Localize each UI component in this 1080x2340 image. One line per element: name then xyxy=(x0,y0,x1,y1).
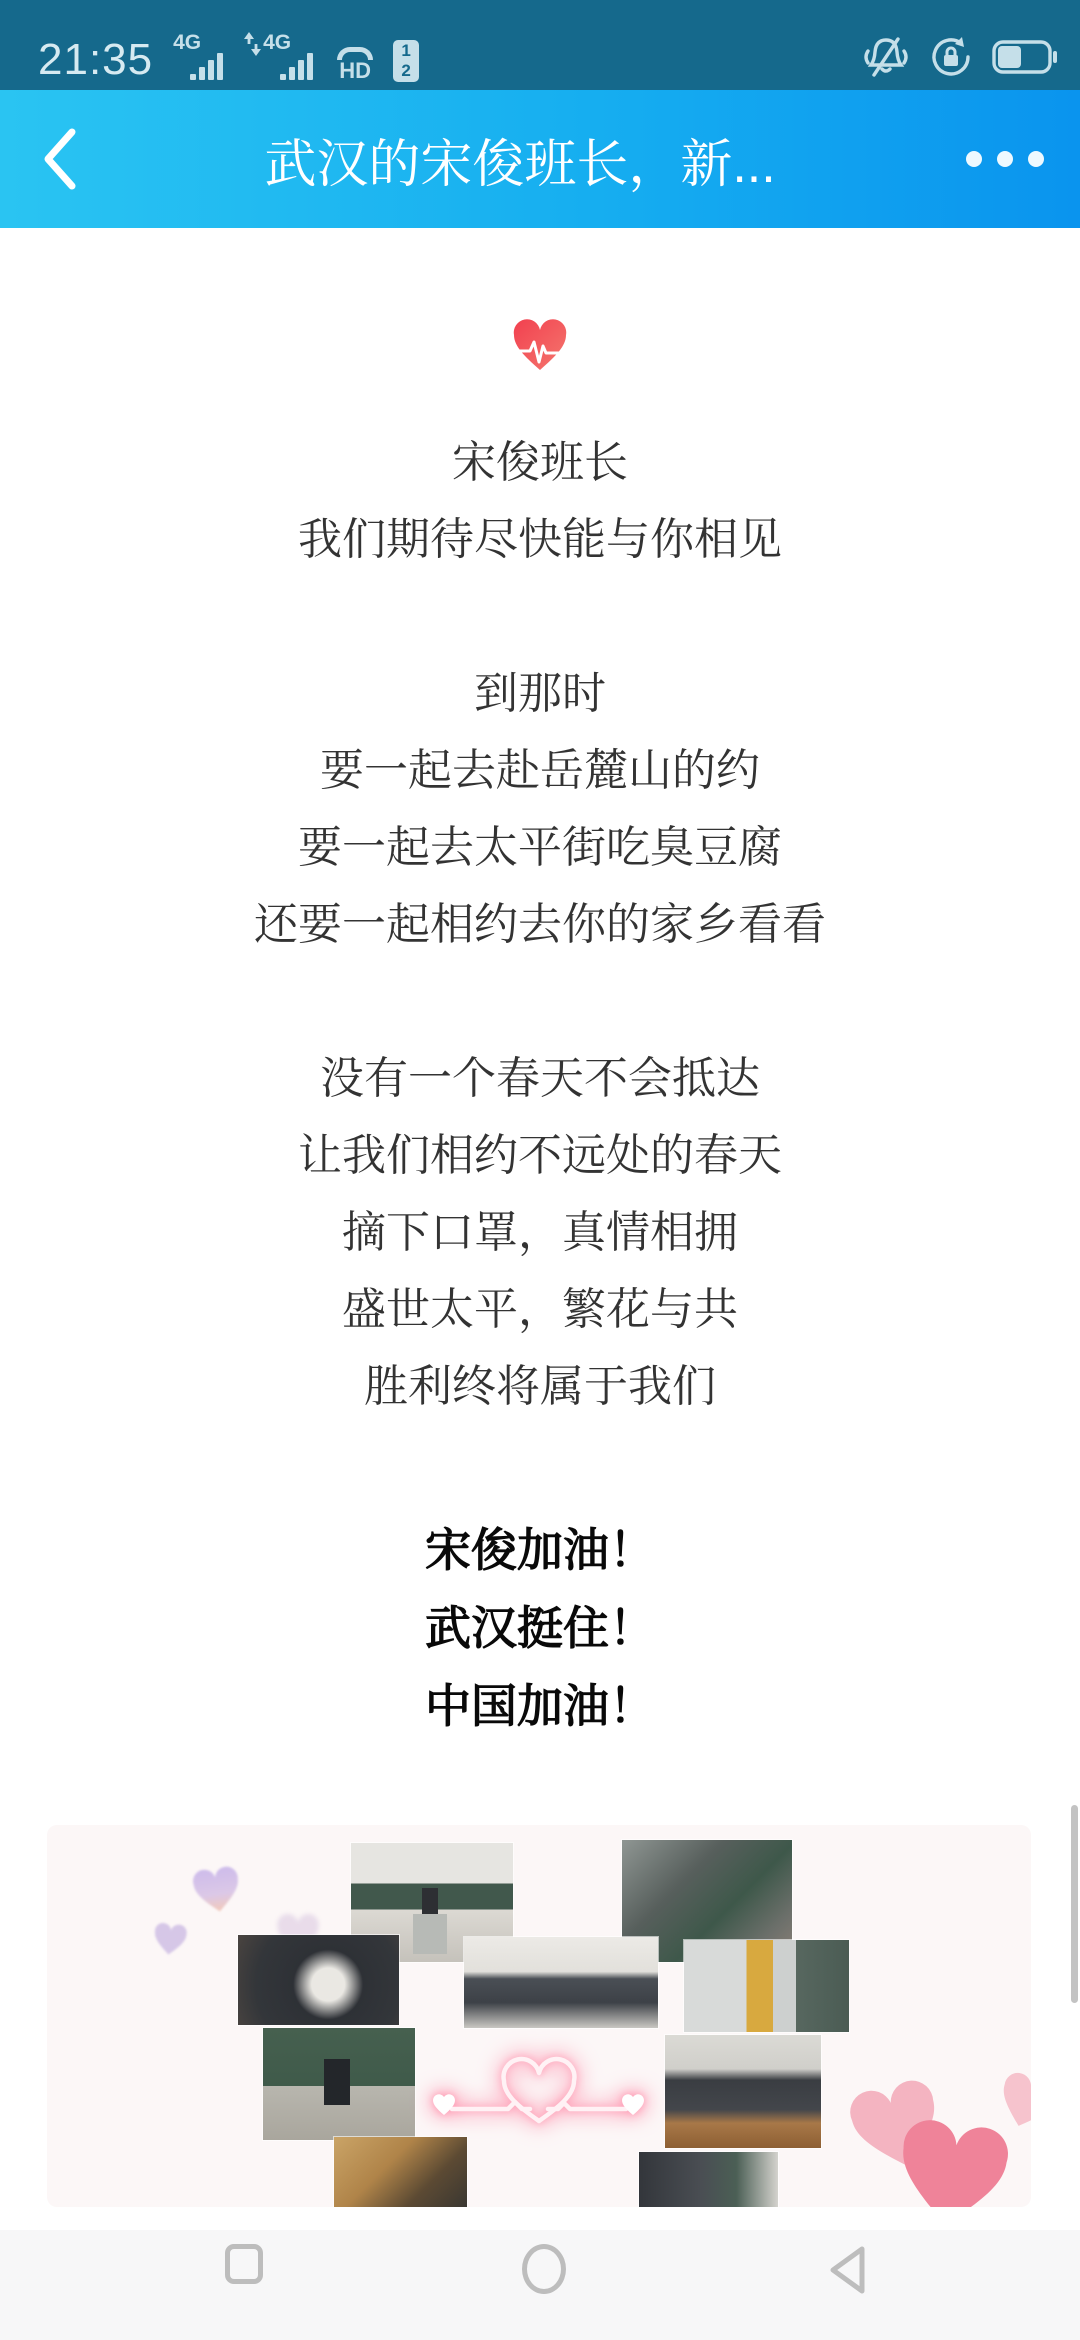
slogan-line: 中国加油！ xyxy=(0,1667,1080,1745)
article-body: 宋俊班长 我们期待尽快能与你相见 到那时 要一起去赴岳麓山的约 要一起去太平街吃… xyxy=(0,228,1080,1745)
status-bar: 21:35 4G 4G HD 1 2 xyxy=(0,0,1080,90)
heartbeat-heart-icon xyxy=(510,318,570,374)
memorial-photo-collage-image[interactable] xyxy=(47,1825,1031,2207)
android-nav-bar xyxy=(0,2230,1080,2340)
sim2-signal-bars-icon xyxy=(280,53,313,80)
poem-line: 盛世太平，繁花与共 xyxy=(0,1271,1080,1348)
mute-bell-icon xyxy=(862,34,910,80)
slogan-line: 宋俊加油！ xyxy=(0,1511,1080,1589)
clock: 21:35 xyxy=(38,38,153,82)
poem-line: 没有一个春天不会抵达 xyxy=(0,1040,1080,1117)
collage-photo-class-group xyxy=(464,1937,658,2028)
collage-photo-yellow-speaker xyxy=(684,1940,849,2032)
poem-line: 还要一起相约去你的家乡看看 xyxy=(0,886,1080,963)
scrollbar-thumb[interactable] xyxy=(1071,1805,1078,2003)
collage-photo-table-activity xyxy=(665,2035,821,2148)
more-dots-icon xyxy=(966,151,982,167)
poem-line: 要一起去太平街吃臭豆腐 xyxy=(0,809,1080,886)
collage-photo-teacher-desk xyxy=(263,2028,415,2140)
sim1-signal: 4G xyxy=(173,34,223,82)
poem-line: 要一起去赴岳麓山的约 xyxy=(0,732,1080,809)
poem-line: 胜利终将属于我们 xyxy=(0,1348,1080,1425)
collage-photo-gift-bags xyxy=(238,1935,399,2025)
dual-sim-badge-icon: 1 2 xyxy=(393,40,419,82)
sim2-network-type-label: 4G xyxy=(263,32,291,53)
sim1-network-type-label: 4G xyxy=(173,32,201,53)
poem-line: 到那时 xyxy=(0,655,1080,732)
neon-heartbeat-icon xyxy=(430,2037,648,2137)
home-button[interactable] xyxy=(522,2244,566,2294)
volte-hd-icon: HD xyxy=(337,47,373,82)
sim1-signal-bars-icon xyxy=(190,53,223,80)
status-right-cluster xyxy=(862,34,1058,82)
status-left-cluster: 21:35 4G 4G HD 1 2 xyxy=(38,34,419,82)
poem-stanza-2: 到那时 要一起去赴岳麓山的约 要一起去太平街吃臭豆腐 还要一起相约去你的家乡看看 xyxy=(0,655,1080,963)
poem-line: 摘下口罩，真情相拥 xyxy=(0,1194,1080,1271)
recents-button[interactable] xyxy=(225,2244,263,2284)
slogan-line: 武汉挺住！ xyxy=(0,1589,1080,1667)
page-title: 武汉的宋俊班长，新... xyxy=(106,122,934,197)
soft-heart-icon xyxy=(149,1921,190,1959)
battery-icon xyxy=(992,40,1058,74)
poem-stanza-1: 宋俊班长 我们期待尽快能与你相见 xyxy=(0,424,1080,578)
app-header: 武汉的宋俊班长，新... xyxy=(0,90,1080,228)
collage-photo-trophy-group xyxy=(334,2137,467,2207)
collage-photo-lecture-audience xyxy=(639,2152,778,2207)
poem-line: 宋俊班长 xyxy=(0,424,1080,501)
more-menu-button[interactable] xyxy=(934,151,1044,167)
back-triangle-icon xyxy=(824,2244,870,2296)
poem-line: 让我们相约不远处的春天 xyxy=(0,1117,1080,1194)
chevron-left-icon xyxy=(36,124,82,194)
nav-back-button[interactable] xyxy=(824,2244,870,2296)
sim2-signal: 4G xyxy=(263,34,313,82)
rotation-lock-icon xyxy=(928,34,974,80)
poem-line: 我们期待尽快能与你相见 xyxy=(0,501,1080,578)
poem-stanza-3: 没有一个春天不会抵达 让我们相约不远处的春天 摘下口罩，真情相拥 盛世太平，繁花… xyxy=(0,1040,1080,1425)
back-button[interactable] xyxy=(36,114,106,204)
pink-heart-icon xyxy=(882,2113,1022,2207)
data-activity-arrows-icon xyxy=(243,30,263,60)
soft-heart-icon xyxy=(185,1863,249,1919)
slogan-stanza: 宋俊加油！ 武汉挺住！ 中国加油！ xyxy=(0,1511,1080,1745)
